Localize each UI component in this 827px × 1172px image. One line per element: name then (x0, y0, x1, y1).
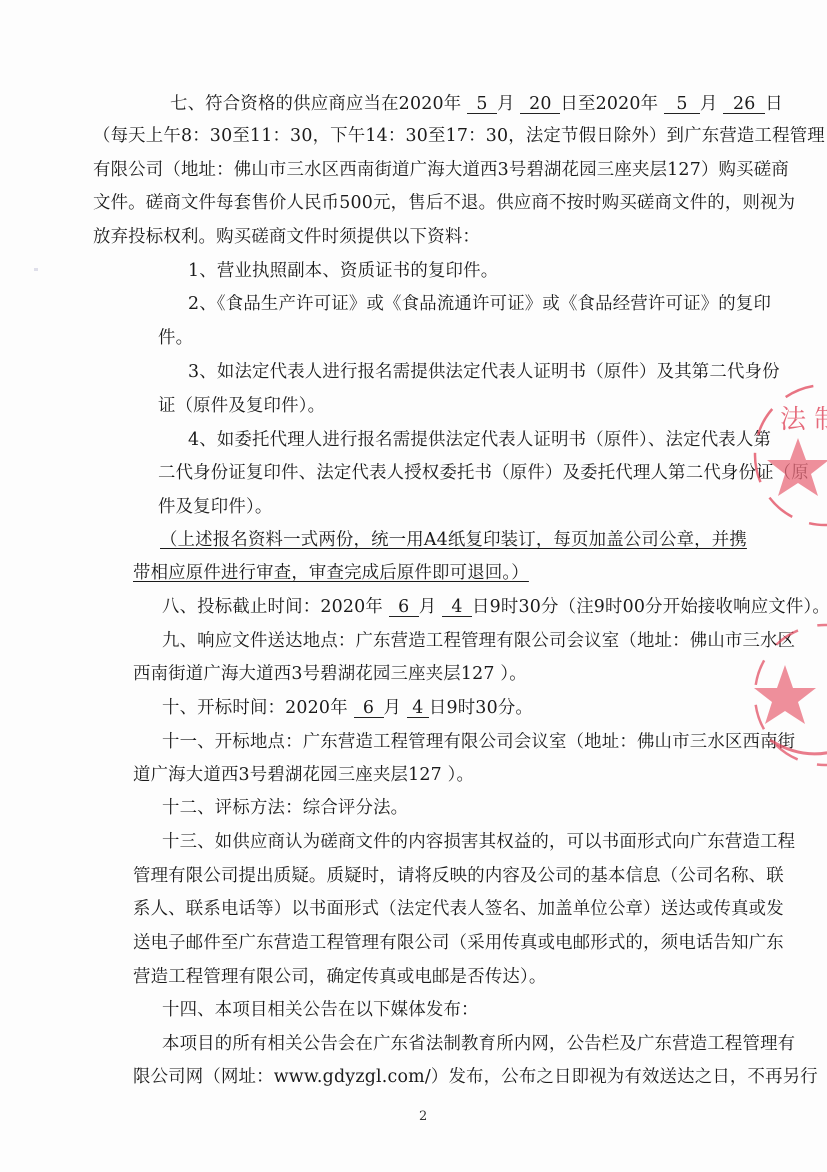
section-7-line-2: （每天上午8：30至11：30，下午14：30至17：30，法定节假日除外）到广… (93, 126, 825, 146)
text: 日9时30分（注9时00分开始接收响应文件）。 (472, 597, 827, 617)
requirement-item-1: 1、营业执照副本、资质证书的复印件。 (188, 261, 498, 281)
section-14-body-line-2: 限公司网（网址：www.gdyzgl.com/）发布，公布之日即视为有效送达之日… (133, 1067, 818, 1087)
requirement-item-4-line-1: 4、如委托代理人进行报名需提供法定代表人证明书（原件）、法定代表人第 (188, 430, 771, 450)
section-12-evaluation-method: 十二、评标方法：综合评分法。 (162, 798, 408, 818)
section-11-line-1: 十一、开标地点：广东营造工程管理有限公司会议室（地址：佛山市三水区西南街 (162, 732, 795, 752)
text: 日 (765, 94, 783, 114)
blank-month: 5 (664, 96, 700, 114)
section-11-line-2: 道广海大道西3号碧湖花园三座夹层127 ）。 (133, 765, 474, 785)
text: 八、投标截止时间：2020年 (162, 597, 383, 617)
section-9-line-1: 九、响应文件送达地点：广东营造工程管理有限公司会议室（地址：佛山市三水区 (162, 631, 795, 651)
text: 十、开标时间：2020年 (162, 698, 348, 718)
note-line-2: 带相应原件进行审查，审查完成后原件即可退回。） (133, 563, 529, 583)
section-14-body-line-1: 本项目的所有相关公告会在广东省法制教育所内网，公告栏及广东营造工程管理有 (162, 1034, 795, 1054)
requirement-item-3-line-2: 证（原件及复印件）。 (158, 396, 325, 416)
section-13-line-2: 管理有限公司提出质疑。质疑时，请将反映的内容及公司的基本信息（公司名称、联 (133, 866, 784, 886)
blank-day: 26 (723, 96, 765, 114)
section-13-line-3: 系人、联系电话等）以书面形式（法定代表人签名、加盖单位公章）送达或传真或发 (133, 899, 784, 919)
text: 月 (700, 94, 718, 114)
seal-text: 法 制 (780, 405, 827, 435)
section-13-line-4: 送电子邮件至广东营造工程管理有限公司（采用传真或电邮形式的，须电话告知广东 (133, 933, 784, 953)
blank-month: 5 (467, 96, 497, 114)
seal-stamp-upper: 法 制 (750, 380, 827, 530)
section-8-deadline: 八、投标截止时间：2020年 6月 4日9时30分（注9时00分开始接收响应文件… (162, 597, 827, 617)
text: 月 (497, 94, 515, 114)
page-number: 2 (419, 1109, 427, 1124)
section-13-line-5: 营造工程管理有限公司，确定传真或电邮是否传达）。 (133, 967, 546, 987)
section-7-line-4: 文件。磋商文件每套售价人民币500元，售后不退。供应商不按时购买磋商文件的，则视… (93, 193, 795, 213)
section-9-line-2: 西南街道广海大道西3号碧湖花园三座夹层127 ）。 (133, 664, 527, 684)
section-14-heading: 十四、本项目相关公告在以下媒体发布： (162, 1000, 479, 1020)
section-7-line-3: 有限公司（地址：佛山市三水区西南街道广海大道西3号碧湖花园三座夹层127）购买磋… (93, 160, 789, 180)
section-10-opening-time: 十、开标时间：2020年 6月 4日9时30分。 (162, 698, 533, 718)
star-seal-icon (750, 620, 827, 770)
requirement-item-2-line-1: 2、《食品生产许可证》或《食品流通许可证》或《食品经营许可证》的复印 (188, 294, 771, 314)
section-7-line-5: 放弃投标权利。购买磋商文件时须提供以下资料： (93, 227, 480, 247)
requirement-item-2-line-2: 件。 (158, 328, 193, 348)
text: 日至2020年 (560, 94, 658, 114)
text: 月 (384, 698, 402, 718)
blank-month: 6 (389, 599, 419, 617)
section-7-line-1: 七、符合资格的供应商应当在2020年 5月 20日至2020年 5月 26日 (170, 94, 783, 114)
requirement-item-4-line-3: 件及复印件）。 (158, 497, 272, 517)
text: 月 (419, 597, 437, 617)
section-13-line-1: 十三、如供应商认为磋商文件的内容损害其权益的，可以书面形式向广东营造工程 (162, 832, 795, 852)
text: 七、符合资格的供应商应当在2020年 (170, 94, 461, 114)
requirement-item-3-line-1: 3、如法定代表人进行报名需提供法定代表人证明书（原件）及其第二代身份 (188, 362, 780, 382)
seal-stamp-lower (750, 620, 827, 770)
requirement-item-4-line-2: 二代身份证复印件、法定代表人授权委托书（原件）及委托代理人第二代身份证（原 (158, 463, 809, 483)
blank-month: 6 (354, 700, 384, 718)
blank-day: 4 (442, 599, 472, 617)
star-seal-icon: 法 制 (750, 380, 827, 530)
note-line-1: （上述报名资料一式两份，统一用A4纸复印装订，每页加盖公司公章，并携 (160, 530, 747, 550)
scan-speck (34, 268, 38, 271)
text: 日9时30分。 (429, 698, 533, 718)
blank-day: 4 (407, 700, 429, 718)
document-page: 七、符合资格的供应商应当在2020年 5月 20日至2020年 5月 26日 （… (0, 0, 827, 1172)
blank-day: 20 (520, 96, 560, 114)
